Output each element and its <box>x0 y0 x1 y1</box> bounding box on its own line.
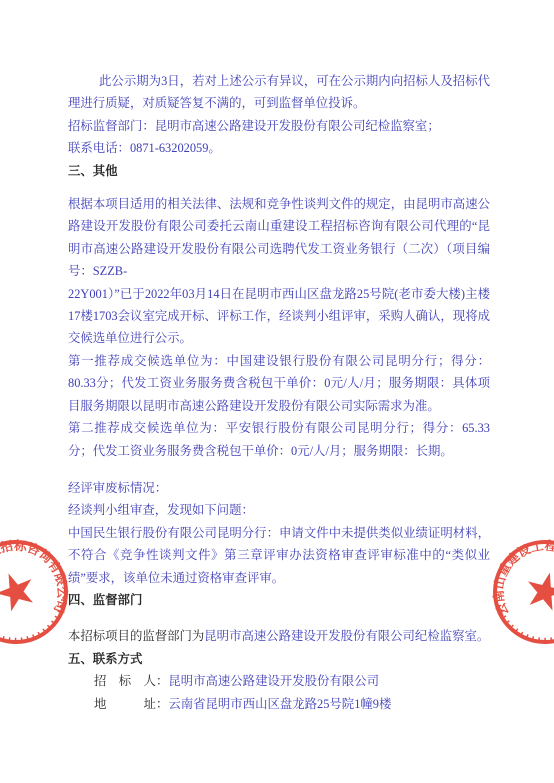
second-candidate-paragraph: 第二推荐成交候选单位为：平安银行股份有限公司昆明分行；得分：65.33分；代发工… <box>68 417 490 462</box>
contact-phone-line: 联系电话：0871-63202059。 <box>68 137 490 159</box>
project-paragraph-2: 22Y001）”已于2022年03月14日在昆明市西山区盘龙路25号院(老市委大… <box>68 283 490 350</box>
section-heading-other: 三、其他 <box>68 160 490 182</box>
seal-serial-dots <box>0 599 71 651</box>
address-label: 地 址： <box>94 697 168 711</box>
intro-paragraph: 此公示期为3日，若对上述公示有异议，可在公示期内向招标人及招标代理进行质疑，对质… <box>68 70 490 115</box>
project-paragraph-1: 根据本项目适用的相关法律、法规和竞争性谈判文件的规定，由昆明市高速公路建设开发股… <box>68 193 490 283</box>
section-heading-supervision: 四、监督部门 <box>68 589 490 611</box>
address-value: 云南省昆明市西山区盘龙路25号院1幢9楼 <box>168 697 391 711</box>
announcement-page: 此公示期为3日，若对上述公示有异议，可在公示期内向招标人及招标代理进行质疑，对质… <box>0 0 554 783</box>
seal-serial-dots <box>494 605 554 647</box>
section-heading-contact: 五、联系方式 <box>68 648 490 670</box>
supervision-statement-prefix: 本招标项目的监督部门为 <box>68 629 204 643</box>
review-title-line: 经评审废标情况： <box>68 477 490 499</box>
document-body: 此公示期为3日，若对上述公示有异议，可在公示期内向招标人及招标代理进行质疑，对质… <box>68 70 490 715</box>
review-intro-line: 经谈判小组审查，发现如下问题： <box>68 499 490 521</box>
svg-text:云南山重建设工程招标咨询有限公司: 云南山重建设工程招标咨询有限公司 <box>483 526 554 643</box>
address-line: 地 址：云南省昆明市西山区盘龙路25号院1幢9楼 <box>68 693 490 715</box>
seal-star-icon <box>523 568 554 612</box>
seal-company-text: 云南山重建设工程招标咨询有限公司 <box>483 526 554 643</box>
bidder-line: 招 标 人：昆明市高速公路建设开发股份有限公司 <box>68 670 490 692</box>
seal-star-icon <box>0 566 40 614</box>
supervision-statement-value: 昆明市高速公路建设开发股份有限公司纪检监察室。 <box>204 629 489 643</box>
bidder-label: 招 标 人： <box>94 674 168 688</box>
review-detail-paragraph: 中国民生银行股份有限公司昆明分行：申请文件中未提供类似业绩证明材料，不符合《竞争… <box>68 522 490 589</box>
bidder-value: 昆明市高速公路建设开发股份有限公司 <box>168 674 379 688</box>
supervision-statement-line: 本招标项目的监督部门为昆明市高速公路建设开发股份有限公司纪检监察室。 <box>68 625 490 647</box>
first-candidate-paragraph: 第一推荐成交候选单位为：中国建设银行股份有限公司昆明分行；得分：80.33分；代… <box>68 350 490 417</box>
supervision-department-line: 招标监督部门：昆明市高速公路建设开发股份有限公司纪检监察室； <box>68 115 490 137</box>
